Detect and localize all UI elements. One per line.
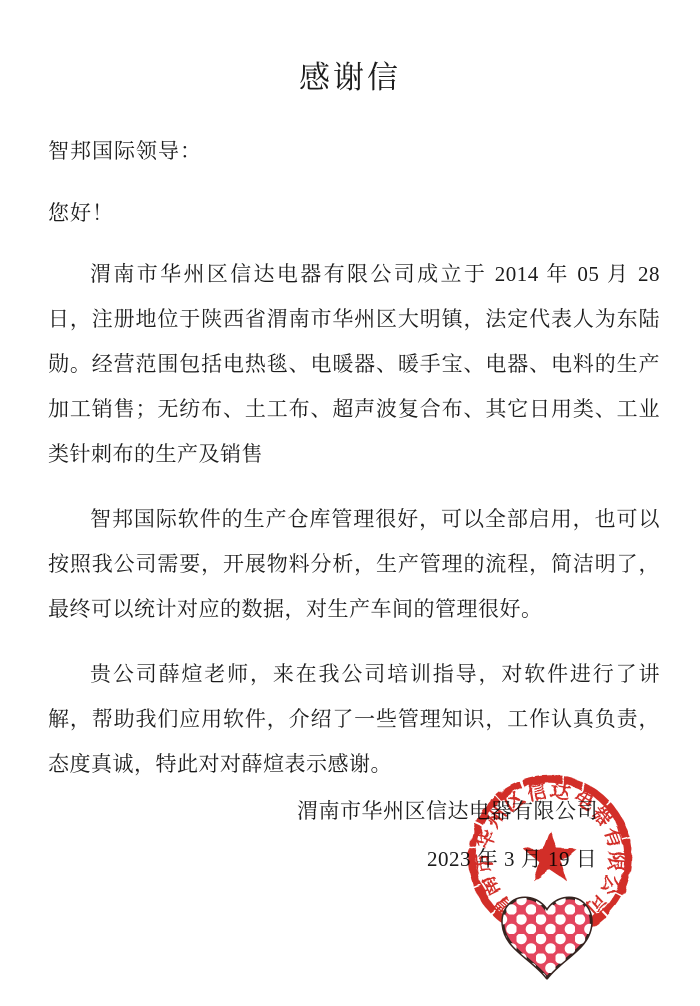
heart-icon <box>503 898 591 978</box>
salutation: 智邦国际领导： <box>48 135 202 165</box>
greeting: 您好！ <box>48 197 114 227</box>
letter-title: 感谢信 <box>0 52 700 97</box>
paragraph-company-intro: 渭南市华州区信达电器有限公司成立于 2014 年 05 月 28 日，注册地位于… <box>48 252 660 477</box>
paragraph-software-review: 智邦国际软件的生产仓库管理很好，可以全部启用，也可以按照我公司需要，开展物料分析… <box>48 497 660 632</box>
company-seal-stamp: 渭南市华州区信达电器有限公司 <box>455 762 650 990</box>
star-icon <box>523 830 576 881</box>
letter-page: 感谢信 智邦国际领导： 您好！ 渭南市华州区信达电器有限公司成立于 2014 年… <box>0 0 700 1006</box>
